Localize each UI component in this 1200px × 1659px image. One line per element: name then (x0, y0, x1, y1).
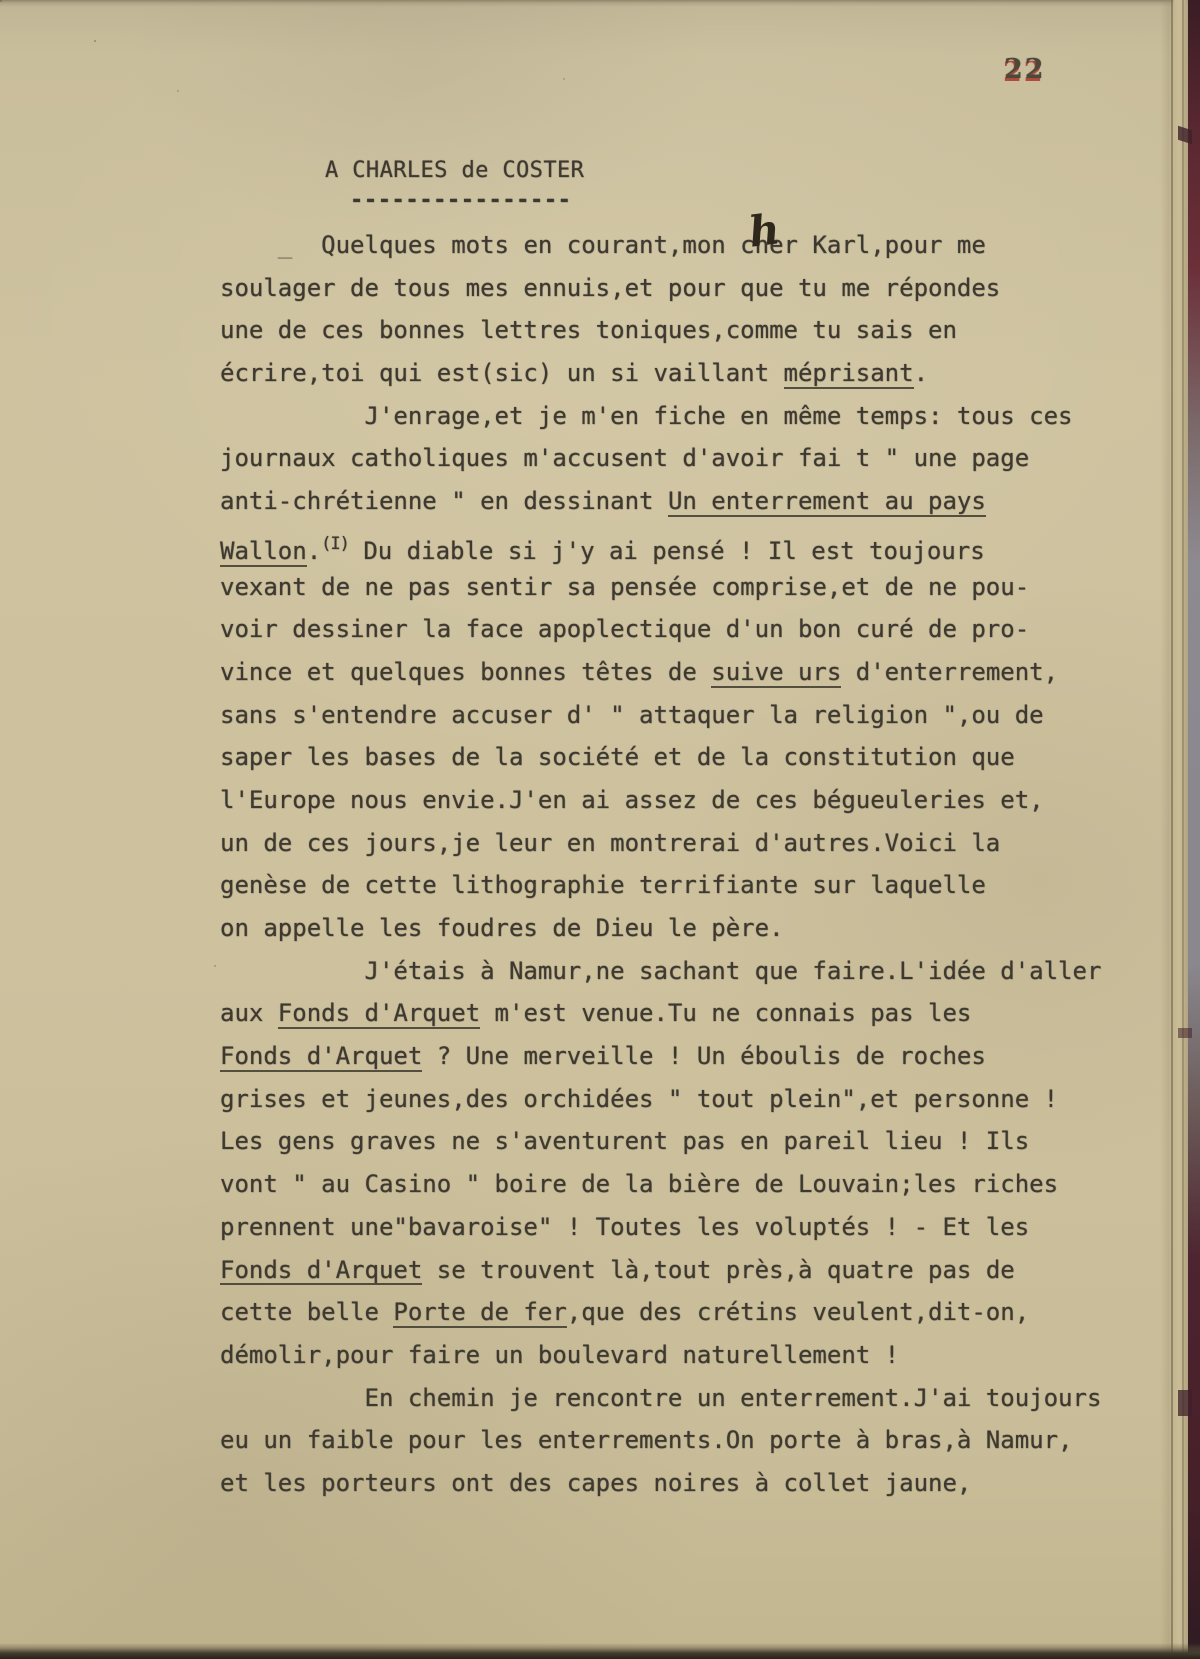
page-number-stamp: 22 (1004, 54, 1046, 85)
text-line: saper les bases de la société et de la c… (220, 736, 1101, 779)
page-sheet: 22 A CHARLES de COSTER ---------------- … (0, 0, 1200, 1659)
binding-notch (1178, 1390, 1192, 1416)
text-line: Wallon.(I) Du diable si j'y ai pensé ! I… (220, 523, 1101, 566)
text-line: l'Europe nous envie.J'en ai assez de ces… (220, 779, 1101, 822)
text-segment: se trouvent là,tout près,à quatre pas de (422, 1256, 1014, 1284)
text-line: soulager de tous mes ennuis,et pour que … (220, 267, 1101, 310)
text-segment: . (307, 537, 321, 565)
text-segment: écrire,toi qui est(sic) un si vaillant (220, 359, 784, 387)
text-line: J'enrage,et je m'en fiche en même temps:… (220, 395, 1101, 438)
paper-top-edge (0, 0, 1200, 7)
text-line: _ Quelques mots en courant,mon cherh Kar… (220, 224, 1101, 267)
text-segment: prennent une"bavaroise" ! Toutes les vol… (220, 1213, 1029, 1241)
text-segment: J'enrage,et je m'en fiche en même temps:… (220, 402, 1073, 430)
text-line: Fonds d'Arquet se trouvent là,tout près,… (220, 1249, 1101, 1292)
binding-notch (1178, 1028, 1192, 1038)
text-segment: vexant de ne pas sentir sa pensée compri… (220, 573, 1029, 601)
text-line: Fonds d'Arquet ? Une merveille ! Un ébou… (220, 1035, 1101, 1078)
text-segment: Quelques mots en courant,mon c (292, 231, 754, 259)
underlined-text: Porte de fer (393, 1299, 566, 1328)
text-line: anti-chrétienne " en dessinant Un enterr… (220, 480, 1101, 523)
title-underline: ---------------- (350, 188, 572, 213)
text-line: genèse de cette lithographie terrifiante… (220, 864, 1101, 907)
text-segment: soulager de tous mes ennuis,et pour que … (220, 274, 1000, 302)
text-segment: (I) (321, 534, 349, 554)
text-segment: sans s'entendre accuser d' " attaquer la… (220, 701, 1044, 729)
underlined-text: Fonds d'Arquet (278, 1000, 480, 1029)
text-line: sans s'entendre accuser d' " attaquer la… (220, 694, 1101, 737)
text-segment: vont " au Casino " boire de la bière de … (220, 1170, 1058, 1198)
text-segment: aux (220, 999, 278, 1027)
letter-title: A CHARLES de COSTER (325, 158, 584, 183)
text-line: grises et jeunes,des orchidées " tout pl… (220, 1078, 1101, 1121)
text-line: prennent une"bavaroise" ! Toutes les vol… (220, 1206, 1101, 1249)
text-line: En chemin je rencontre un enterrement.J'… (220, 1377, 1101, 1420)
text-segment: l'Europe nous envie.J'en ai assez de ces… (220, 786, 1044, 814)
text-line: vexant de ne pas sentir sa pensée compri… (220, 566, 1101, 609)
text-line: eu un faible pour les enterrements.On po… (220, 1419, 1101, 1462)
text-segment: un de ces jours,je leur en montrerai d'a… (220, 829, 1000, 857)
text-line: journaux catholiques m'accusent d'avoir … (220, 437, 1101, 480)
text-line: écrire,toi qui est(sic) un si vaillant m… (220, 352, 1101, 395)
underlined-text: suive urs (711, 659, 841, 688)
text-line: vont " au Casino " boire de la bière de … (220, 1163, 1101, 1206)
text-segment: d'enterrement, (841, 658, 1058, 686)
paper-bottom-edge (0, 1643, 1200, 1659)
text-line: et les porteurs ont des capes noires à c… (220, 1462, 1101, 1505)
letter-body: _ Quelques mots en courant,mon cherh Kar… (220, 224, 1101, 1505)
text-segment: et les porteurs ont des capes noires à c… (220, 1469, 971, 1497)
text-line: Les gens graves ne s'aventurent pas en p… (220, 1120, 1101, 1163)
text-segment: on appelle les foudres de Dieu le père. (220, 914, 784, 942)
text-segment: J'étais à Namur,ne sachant que faire.L'i… (220, 957, 1101, 985)
text-segment: herh (755, 231, 798, 259)
text-segment: m'est venue.Tu ne connais pas les (480, 999, 971, 1027)
text-segment: journaux catholiques m'accusent d'avoir … (220, 444, 1029, 472)
text-line: cette belle Porte de fer,que des crétins… (220, 1291, 1101, 1334)
text-segment: vince et quelques bonnes têtes de (220, 658, 711, 686)
text-line: aux Fonds d'Arquet m'est venue.Tu ne con… (220, 992, 1101, 1035)
text-segment: Du diable si j'y ai pensé ! Il est toujo… (349, 537, 985, 565)
underlined-text: Fonds d'Arquet (220, 1257, 422, 1286)
text-segment: voir dessiner la face apoplectique d'un … (220, 615, 1029, 643)
text-segment: anti-chrétienne " en dessinant (220, 487, 668, 515)
underlined-text: Wallon (220, 538, 307, 567)
text-segment: une de ces bonnes lettres toniques,comme… (220, 316, 957, 344)
text-line: J'étais à Namur,ne sachant que faire.L'i… (220, 950, 1101, 993)
text-segment: . (914, 359, 928, 387)
underlined-text: Un enterrement au pays (668, 488, 986, 517)
text-segment: genèse de cette lithographie terrifiante… (220, 871, 986, 899)
text-line: un de ces jours,je leur en montrerai d'a… (220, 822, 1101, 865)
text-line: démolir,pour faire un boulevard naturell… (220, 1334, 1101, 1377)
text-segment: démolir,pour faire un boulevard naturell… (220, 1341, 899, 1369)
text-line: vince et quelques bonnes têtes de suive … (220, 651, 1101, 694)
text-line: on appelle les foudres de Dieu le père. (220, 907, 1101, 950)
text-segment: eu un faible pour les enterrements.On po… (220, 1426, 1073, 1454)
text-segment: saper les bases de la société et de la c… (220, 743, 1015, 771)
handwritten-correction: h (746, 208, 781, 253)
text-segment: Les gens graves ne s'aventurent pas en p… (220, 1127, 1029, 1155)
text-segment: grises et jeunes,des orchidées " tout pl… (220, 1085, 1058, 1113)
underlined-text: Fonds d'Arquet (220, 1043, 422, 1072)
text-segment: cette belle (220, 1298, 393, 1326)
text-segment: _ (278, 231, 292, 259)
text-segment: En chemin je rencontre un enterrement.J'… (220, 1384, 1101, 1412)
text-segment: ,que des crétins veulent,dit-on, (567, 1298, 1029, 1326)
text-line: voir dessiner la face apoplectique d'un … (220, 608, 1101, 651)
text-segment (220, 231, 278, 259)
text-segment: Karl,pour me (798, 231, 986, 259)
text-line: une de ces bonnes lettres toniques,comme… (220, 309, 1101, 352)
page-edge-crease (1171, 0, 1173, 1659)
underlined-text: méprisant (784, 360, 914, 389)
text-segment: ? Une merveille ! Un éboulis de roches (422, 1042, 986, 1070)
